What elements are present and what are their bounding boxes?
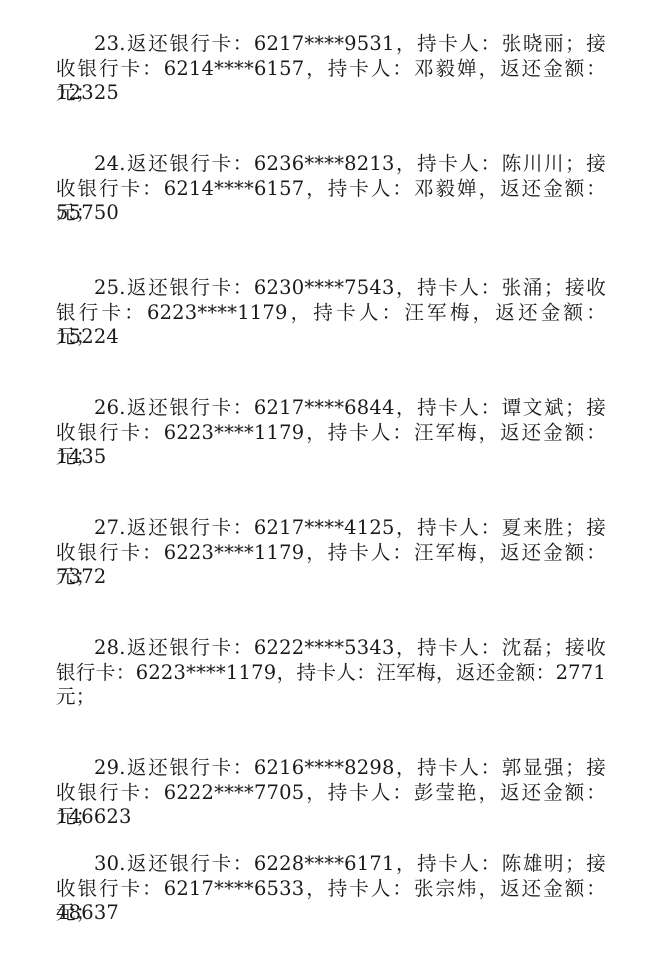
item-line-3: 元； bbox=[56, 81, 606, 106]
refund-item-23: 23.返还银行卡：6217****9531，持卡人：张晓丽；接 收银行卡：621… bbox=[56, 32, 606, 106]
item-line-2: 银行卡：6223****1179，持卡人：汪军梅，返还金额：2771 bbox=[56, 661, 606, 686]
refund-item-29: 29.返还银行卡：6216****8298，持卡人：郭显强；接 收银行卡：622… bbox=[56, 756, 606, 830]
item-line-3: 元； bbox=[56, 685, 606, 710]
item-line-1: 27.返还银行卡：6217****4125，持卡人：夏来胜；接 bbox=[56, 516, 606, 541]
refund-item-27: 27.返还银行卡：6217****4125，持卡人：夏来胜；接 收银行卡：622… bbox=[56, 516, 606, 590]
item-line-3: 元； bbox=[56, 325, 606, 350]
refund-item-25: 25.返还银行卡：6230****7543，持卡人：张涌；接收 银行卡：6223… bbox=[56, 276, 606, 350]
item-line-3: 元； bbox=[56, 201, 606, 226]
item-line-1: 30.返还银行卡：6228****6171，持卡人：陈雄明；接 bbox=[56, 852, 606, 877]
item-line-1: 26.返还银行卡：6217****6844，持卡人：谭文斌；接 bbox=[56, 396, 606, 421]
item-line-1: 28.返还银行卡：6222****5343，持卡人：沈磊；接收 bbox=[56, 636, 606, 661]
refund-item-26: 26.返还银行卡：6217****6844，持卡人：谭文斌；接 收银行卡：622… bbox=[56, 396, 606, 470]
item-line-1: 25.返还银行卡：6230****7543，持卡人：张涌；接收 bbox=[56, 276, 606, 301]
item-line-2: 银行卡：6223****1179，持卡人：汪军梅，返还金额：15224 bbox=[56, 301, 606, 326]
item-line-3: 元； bbox=[56, 901, 606, 926]
item-line-2: 收银行卡：6217****6533，持卡人：张宗炜，返还金额：48637 bbox=[56, 877, 606, 902]
item-line-2: 收银行卡：6223****1179，持卡人：汪军梅，返还金额：1435 bbox=[56, 421, 606, 446]
refund-item-28: 28.返还银行卡：6222****5343，持卡人：沈磊；接收 银行卡：6223… bbox=[56, 636, 606, 710]
item-line-3: 元； bbox=[56, 805, 606, 830]
refund-item-24: 24.返还银行卡：6236****8213，持卡人：陈川川；接 收银行卡：621… bbox=[56, 152, 606, 226]
item-line-2: 收银行卡：6214****6157，持卡人：邓毅婵，返还金额：55750 bbox=[56, 177, 606, 202]
item-line-2: 收银行卡：6222****7705，持卡人：彭莹艳，返还金额：146623 bbox=[56, 781, 606, 806]
item-line-1: 24.返还银行卡：6236****8213，持卡人：陈川川；接 bbox=[56, 152, 606, 177]
item-line-1: 29.返还银行卡：6216****8298，持卡人：郭显强；接 bbox=[56, 756, 606, 781]
item-line-2: 收银行卡：6223****1179，持卡人：汪军梅，返还金额：7372 bbox=[56, 541, 606, 566]
item-line-1: 23.返还银行卡：6217****9531，持卡人：张晓丽；接 bbox=[56, 32, 606, 57]
item-line-3: 元； bbox=[56, 445, 606, 470]
item-line-3: 元； bbox=[56, 565, 606, 590]
item-line-2: 收银行卡：6214****6157，持卡人：邓毅婵，返还金额：12325 bbox=[56, 57, 606, 82]
refund-item-30: 30.返还银行卡：6228****6171，持卡人：陈雄明；接 收银行卡：621… bbox=[56, 852, 606, 926]
